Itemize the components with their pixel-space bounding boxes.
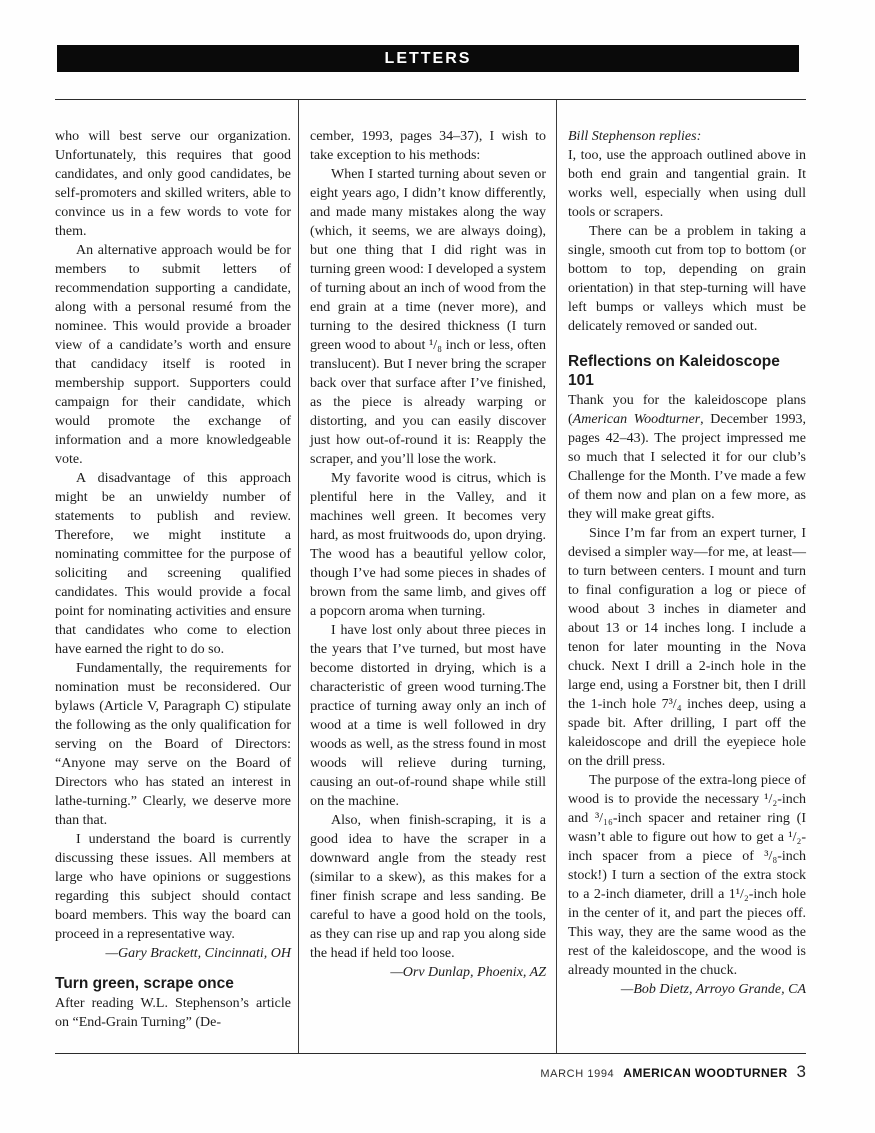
paragraph: An alternative approach would be for mem… (55, 241, 291, 469)
letter-signature: —Bob Dietz, Arroyo Grande, CA (568, 980, 806, 999)
letter-heading: Reflections on Kaleidoscope 101 (568, 352, 806, 390)
magazine-title: AMERICAN WOODTURNER (623, 1066, 787, 1080)
paragraph: When I started turning about seven or ei… (310, 165, 546, 469)
section-title: LETTERS (385, 50, 472, 68)
top-rule (55, 99, 806, 100)
paragraph: Thank you for the kaleidoscope plans (Am… (568, 391, 806, 524)
issue-date: MARCH 1994 (540, 1068, 614, 1080)
paragraph: Also, when finish-scraping, it is a good… (310, 811, 546, 963)
column-divider-2 (556, 100, 557, 1053)
magazine-name-italic: American Woodturner (573, 412, 700, 427)
page-number: 3 (797, 1062, 806, 1082)
paragraph: Since I’m far from an expert turner, I d… (568, 524, 806, 771)
paragraph: I understand the board is currently disc… (55, 830, 291, 944)
paragraph: After reading W.L. Stephenson’s article … (55, 994, 291, 1032)
paragraph: A disadvantage of this approach might be… (55, 469, 291, 659)
magazine-page: LETTERS who will best serve our organiza… (0, 0, 875, 1133)
paragraph-text: , December 1993, pages 42–43). The proje… (568, 412, 806, 522)
letter-signature: —Gary Brackett, Cincinnati, OH (55, 944, 291, 963)
column-2: cember, 1993, pages 34–37), I wish to ta… (310, 127, 546, 982)
page-footer: MARCH 1994 AMERICAN WOODTURNER 3 (55, 1062, 806, 1082)
paragraph: There can be a problem in taking a singl… (568, 222, 806, 336)
column-1: who will best serve our organization. Un… (55, 127, 291, 1032)
paragraph-continuation: cember, 1993, pages 34–37), I wish to ta… (310, 127, 546, 165)
section-header-bar: LETTERS (57, 45, 799, 72)
column-3: Bill Stephenson replies: I, too, use the… (568, 127, 806, 999)
paragraph: My favorite wood is citrus, which is ple… (310, 469, 546, 621)
paragraph: I have lost only about three pieces in t… (310, 621, 546, 811)
reply-intro: Bill Stephenson replies: (568, 127, 806, 146)
paragraph: Fundamentally, the requirements for nomi… (55, 659, 291, 830)
letter-signature: —Orv Dunlap, Phoenix, AZ (310, 963, 546, 982)
letter-heading: Turn green, scrape once (55, 974, 291, 993)
bottom-rule (55, 1053, 806, 1054)
column-divider-1 (298, 100, 299, 1053)
paragraph-continuation: who will best serve our organization. Un… (55, 127, 291, 241)
paragraph: The purpose of the extra-long piece of w… (568, 771, 806, 980)
paragraph: I, too, use the approach outlined above … (568, 146, 806, 222)
